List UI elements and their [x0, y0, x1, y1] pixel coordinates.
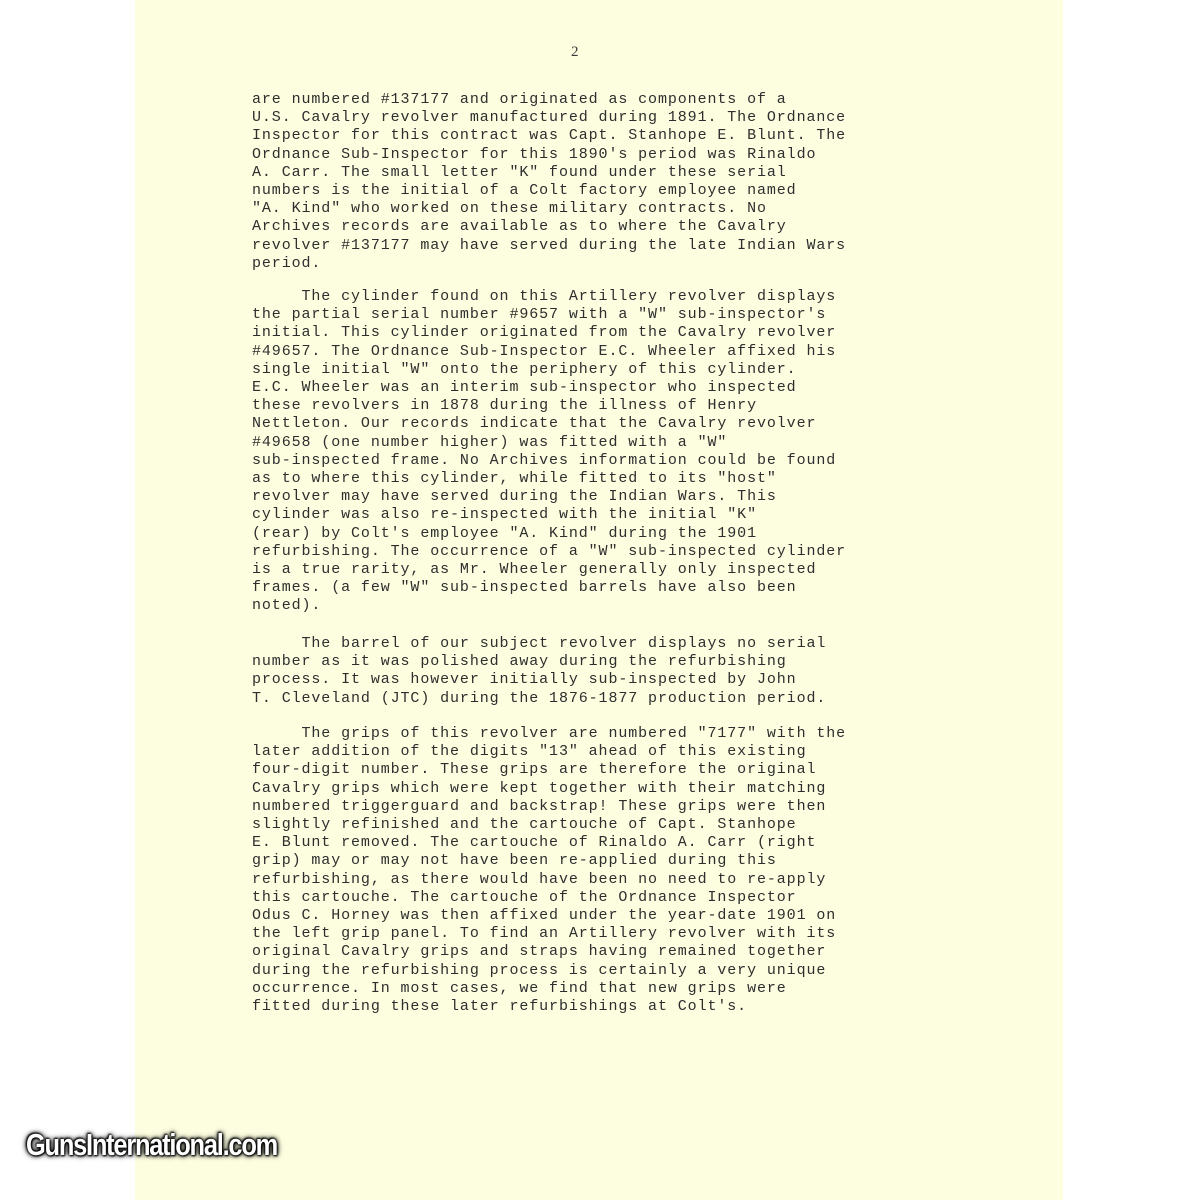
paragraph-grips: The grips of this revolver are numbered …: [252, 725, 932, 1016]
page-number: 2: [571, 44, 579, 61]
paragraph-barrel: The barrel of our subject revolver displ…: [252, 635, 932, 708]
paragraph-receiver-serial: are numbered #137177 and originated as c…: [252, 91, 932, 273]
watermark-logo: GunsInternational.com: [26, 1127, 277, 1163]
paragraph-cylinder: The cylinder found on this Artillery rev…: [252, 288, 932, 616]
